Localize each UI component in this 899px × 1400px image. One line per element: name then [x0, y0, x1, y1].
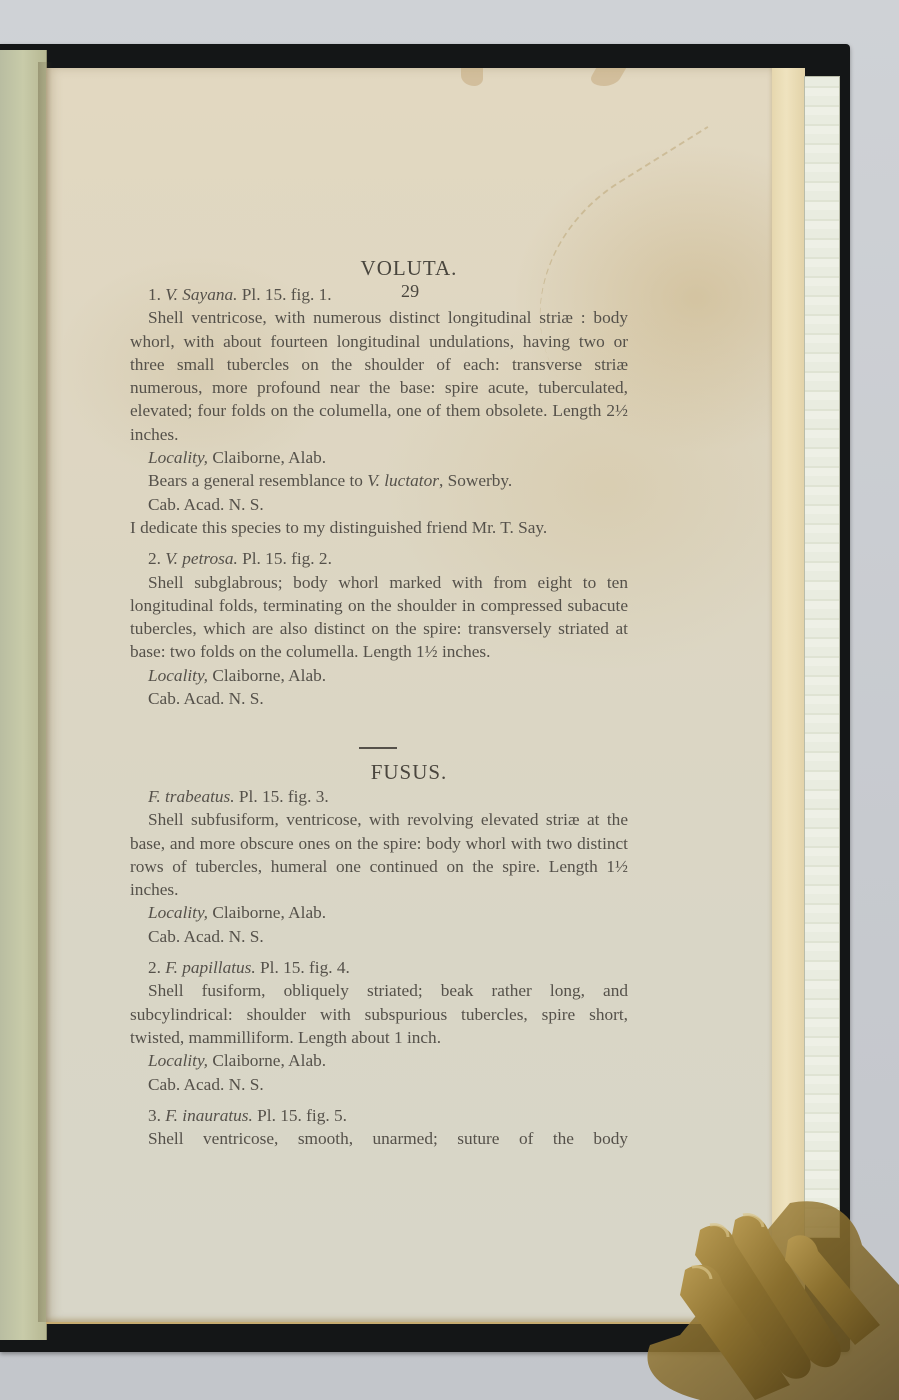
- species-name: F. trabeatus.: [148, 787, 235, 806]
- species-name: F. inauratus.: [165, 1106, 253, 1125]
- cabinet-line: Cab. Acad. N. S.: [130, 687, 628, 710]
- genus-heading-voluta: VOLUTA.: [46, 256, 772, 281]
- species-heading: 2. F. papillatus. Pl. 15. fig. 4.: [130, 956, 628, 979]
- resemblance-line: Bears a general resemblance to V. luctat…: [130, 469, 628, 492]
- marbled-endpaper: [804, 76, 840, 1238]
- locality-line: Locality, Claiborne, Alab.: [130, 901, 628, 924]
- page-tear: [461, 68, 483, 86]
- page-tear: [586, 68, 626, 86]
- page-gutter-shadow: [38, 62, 52, 1322]
- book-page: 29 VOLUTA. 1. V. Sayana. Pl. 15. fig. 1.…: [46, 68, 772, 1324]
- species-description: Shell subfusiform, ventricose, with revo…: [130, 808, 628, 901]
- locality-line: Locality, Claiborne, Alab.: [130, 446, 628, 469]
- cabinet-line: Cab. Acad. N. S.: [130, 925, 628, 948]
- section-divider: [359, 747, 397, 749]
- voluta-section: 1. V. Sayana. Pl. 15. fig. 1. Shell vent…: [130, 283, 628, 710]
- locality-line: Locality, Claiborne, Alab.: [130, 1049, 628, 1072]
- species-heading: 2. V. petrosa. Pl. 15. fig. 2.: [130, 547, 628, 570]
- cabinet-line: Cab. Acad. N. S.: [130, 1073, 628, 1096]
- genus-heading-fusus: FUSUS.: [46, 760, 772, 785]
- species-name: V. Sayana.: [165, 285, 237, 304]
- species-name: V. petrosa.: [165, 549, 238, 568]
- species-description: Shell fusiform, obliquely striated; beak…: [130, 979, 628, 1049]
- page-fore-edge: [770, 68, 805, 1323]
- species-name: F. papillatus.: [165, 958, 255, 977]
- bronze-hand-page-holder-icon: [640, 1195, 899, 1400]
- species-heading: 3. F. inauratus. Pl. 15. fig. 5.: [130, 1104, 628, 1127]
- species-description: Shell ventricose, smooth, unarmed; sutur…: [130, 1127, 628, 1150]
- species-heading: 1. V. Sayana. Pl. 15. fig. 1.: [130, 283, 628, 306]
- fusus-section: F. trabeatus. Pl. 15. fig. 3. Shell subf…: [130, 785, 628, 1150]
- species-description: Shell ventricose, with numerous distinct…: [130, 306, 628, 446]
- dedication-line: I dedicate this species to my distinguis…: [130, 516, 628, 539]
- species-description: Shell subglabrous; body whorl marked wit…: [130, 571, 628, 664]
- locality-line: Locality, Claiborne, Alab.: [130, 664, 628, 687]
- species-heading: F. trabeatus. Pl. 15. fig. 3.: [130, 785, 628, 808]
- cabinet-line: Cab. Acad. N. S.: [130, 493, 628, 516]
